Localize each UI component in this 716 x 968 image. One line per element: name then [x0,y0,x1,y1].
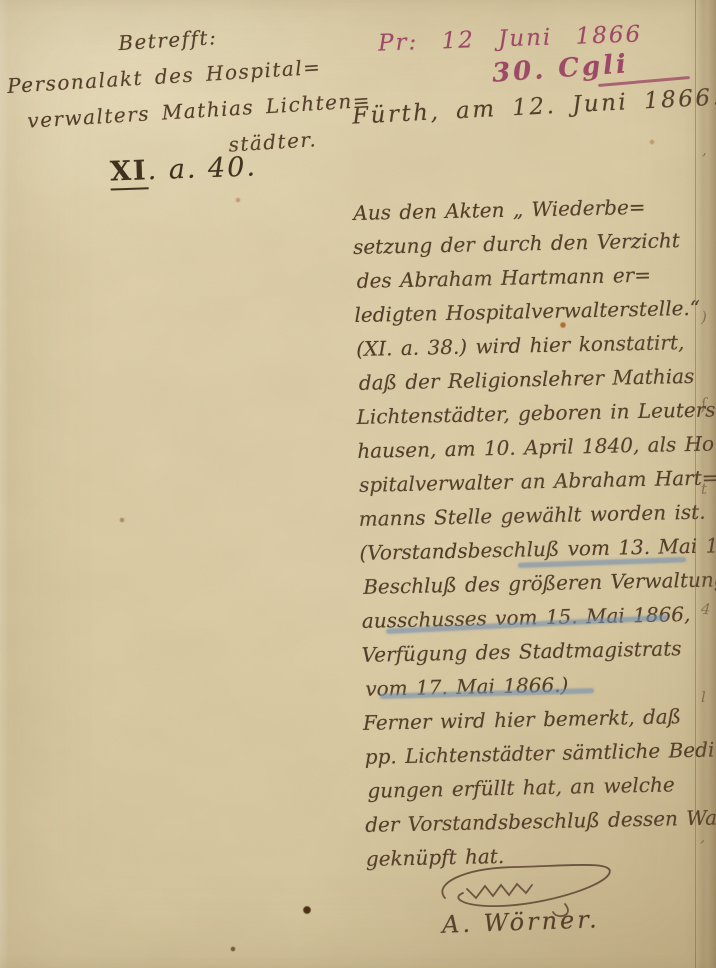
file-number-rest: . a. 40. [147,151,257,186]
edge-ink-mark: l [701,688,706,706]
body-paragraph: Aus den Akten „ Wiederbe= setzung der du… [352,189,716,876]
edge-ink-mark: t [701,480,707,498]
edge-ink-marks: ’ ) ſ t 4 l ‚ [700,0,715,968]
docket-file-number: XI. a. 40. [110,151,258,187]
file-number-roman: XI [110,155,149,190]
manuscript-page: Betrefft: Personalakt des Hospital= verw… [0,0,716,968]
edge-ink-mark: ) [701,308,707,326]
edge-ink-mark: ſ [700,395,707,413]
edge-ink-mark: 4 [700,600,711,619]
place-date-line: Fürth, am 12. Juni 1866. [352,84,716,129]
signature-name: A. Wörner. [442,905,601,938]
docket-subject-block: Betrefft: Personalakt des Hospital= verw… [0,12,344,176]
edge-ink-mark: ’ [700,150,707,168]
edge-ink-mark: ‚ [699,828,707,847]
